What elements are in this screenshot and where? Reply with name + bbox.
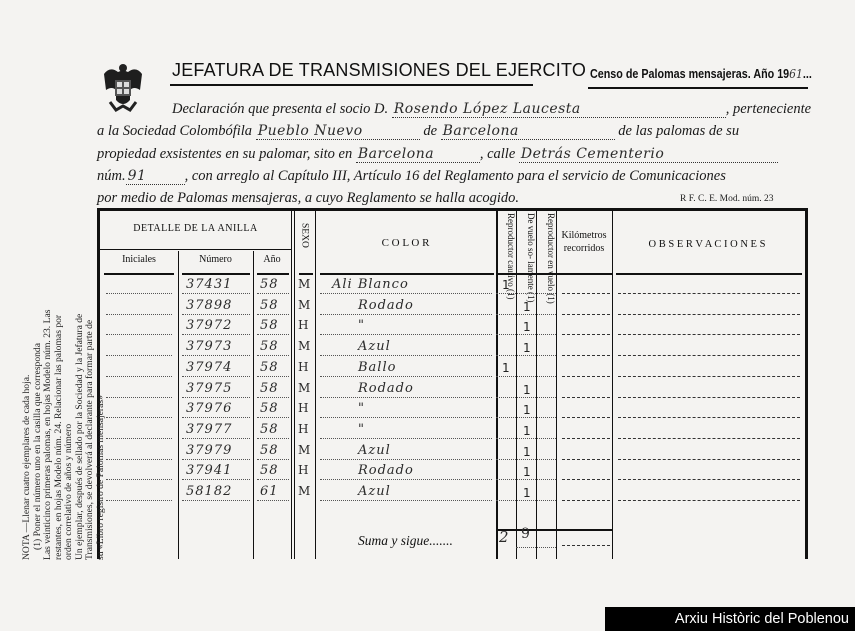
header-reproductor-cautivo: Reproductor cautivo (1) bbox=[497, 213, 515, 271]
header-de-vuelo: De vuelo so- lamente (1) bbox=[517, 213, 535, 271]
cell-anio[interactable]: 58 bbox=[260, 463, 279, 478]
declaration-line-3: propiedad exsistentes en su palomar, sit… bbox=[97, 146, 778, 163]
km-dashed-line bbox=[562, 293, 610, 294]
numero-dotted-line bbox=[182, 376, 250, 377]
cell-sexo[interactable]: H bbox=[298, 318, 309, 332]
page-title: JEFATURA DE TRANSMISIONES DEL EJERCITO bbox=[172, 60, 586, 81]
cell-de-vuelo[interactable]: 1 bbox=[523, 424, 531, 438]
km-dashed-line bbox=[562, 438, 610, 439]
cell-color[interactable]: Azul bbox=[358, 443, 391, 458]
suma-km-dash bbox=[562, 545, 610, 546]
anio-dotted-line bbox=[257, 479, 289, 480]
km-dashed-line bbox=[562, 479, 610, 480]
cell-anio[interactable]: 58 bbox=[260, 443, 279, 458]
cell-anio[interactable]: 58 bbox=[260, 298, 279, 313]
color-dotted-line bbox=[320, 438, 492, 439]
col-divider-iniciales bbox=[178, 251, 179, 559]
sociedad-field[interactable]: Pueblo Nuevo bbox=[256, 123, 420, 140]
obs-dashed-line bbox=[618, 500, 800, 501]
side-note: NOTA —Llenar cuatro ejemplares de cada h… bbox=[22, 215, 106, 560]
cell-numero[interactable]: 37973 bbox=[186, 339, 232, 354]
cell-numero[interactable]: 37974 bbox=[186, 360, 232, 375]
cell-color[interactable]: " bbox=[358, 318, 365, 333]
color-dotted-line bbox=[320, 334, 492, 335]
title-underline bbox=[170, 84, 533, 86]
iniciales-dotted-line bbox=[106, 293, 172, 294]
km-dashed-line bbox=[562, 314, 610, 315]
line1-suffix: , perteneciente bbox=[726, 101, 811, 117]
color-dotted-line bbox=[320, 500, 492, 501]
declaration-line-2: a la Sociedad Colombófila Pueblo Nuevo d… bbox=[97, 123, 739, 140]
iniciales-underline bbox=[104, 273, 174, 275]
cell-numero[interactable]: 37979 bbox=[186, 443, 232, 458]
numero-dotted-line bbox=[182, 500, 250, 501]
cell-reproductor-cautivo[interactable]: 1 bbox=[502, 361, 510, 375]
line2-prefix: a la Sociedad Colombófila bbox=[97, 123, 252, 139]
color-dotted-line bbox=[320, 479, 492, 480]
color-dotted-line bbox=[320, 314, 492, 315]
cell-sexo[interactable]: M bbox=[298, 277, 311, 291]
archive-watermark: Arxiu Històric del Poblenou bbox=[605, 607, 855, 631]
header-observaciones: O B S E R V A C I O N E S bbox=[612, 239, 802, 250]
suma-dotted bbox=[516, 547, 556, 548]
color-dotted-line bbox=[320, 397, 492, 398]
cell-color[interactable]: Ali Blanco bbox=[332, 277, 409, 292]
cell-color[interactable]: Rodado bbox=[358, 298, 414, 313]
cell-color[interactable]: " bbox=[358, 422, 365, 437]
anio-dotted-line bbox=[257, 438, 289, 439]
numero-dotted-line bbox=[182, 397, 250, 398]
anio-dotted-line bbox=[257, 376, 289, 377]
numero-field[interactable]: 91 bbox=[126, 168, 185, 185]
cell-sexo[interactable]: M bbox=[298, 339, 311, 353]
cell-sexo[interactable]: H bbox=[298, 360, 309, 374]
line4-prefix: núm. bbox=[97, 168, 126, 184]
cell-de-vuelo[interactable]: 1 bbox=[523, 341, 531, 355]
suma-vuelo: 9 bbox=[521, 526, 531, 542]
color-underline bbox=[320, 273, 494, 275]
declaration-line-5: por medio de Palomas mensajeras, a cuyo … bbox=[97, 190, 519, 207]
cell-color[interactable]: Azul bbox=[358, 339, 391, 354]
anio-dotted-line bbox=[257, 417, 289, 418]
header-color: C O L O R bbox=[315, 237, 496, 249]
cell-anio[interactable]: 58 bbox=[260, 360, 279, 375]
obs-dashed-line bbox=[618, 479, 800, 480]
col-divider-km bbox=[612, 211, 613, 559]
counts-dotted-line bbox=[496, 479, 556, 480]
note-line: su «Libro registro de Palomas mensajeras… bbox=[96, 215, 107, 560]
line3-prefix: propiedad exsistentes en su palomar, sit… bbox=[97, 146, 352, 162]
numero-dotted-line bbox=[182, 459, 250, 460]
counts-dotted-line bbox=[496, 417, 556, 418]
header-numero: Número bbox=[178, 254, 253, 265]
obs-dashed-line bbox=[618, 293, 800, 294]
note-line: orden correlativo de años y número bbox=[64, 215, 75, 560]
counts-dotted-line bbox=[496, 314, 556, 315]
iniciales-dotted-line bbox=[106, 500, 172, 501]
anio-dotted-line bbox=[257, 500, 289, 501]
cell-color[interactable]: Azul bbox=[358, 484, 391, 499]
iniciales-dotted-line bbox=[106, 397, 172, 398]
line2-mid: de bbox=[423, 123, 437, 139]
suma-label: Suma y sigue....... bbox=[358, 533, 453, 549]
header-iniciales: Iniciales bbox=[100, 254, 178, 265]
km-dashed-line bbox=[562, 334, 610, 335]
numero-dotted-line bbox=[182, 479, 250, 480]
counts-dotted-line bbox=[496, 376, 556, 377]
iniciales-dotted-line bbox=[106, 417, 172, 418]
cell-sexo[interactable]: M bbox=[298, 298, 311, 312]
cell-numero[interactable]: 37972 bbox=[186, 318, 232, 333]
numero-dotted-line bbox=[182, 417, 250, 418]
counts-dotted-line bbox=[496, 500, 556, 501]
cell-color[interactable]: Rodado bbox=[358, 381, 414, 396]
counts-dotted-line bbox=[496, 334, 556, 335]
counts-dotted-line bbox=[496, 293, 556, 294]
palomar-city-field[interactable]: Barcelona bbox=[356, 146, 480, 163]
cell-sexo[interactable]: H bbox=[298, 422, 309, 436]
cell-de-vuelo[interactable]: 1 bbox=[523, 403, 531, 417]
census-label-text: Censo de Palomas mensajeras. Año 19 bbox=[590, 67, 789, 81]
obs-dashed-line bbox=[618, 438, 800, 439]
obs-underline bbox=[616, 273, 802, 275]
anio-dotted-line bbox=[257, 355, 289, 356]
cell-de-vuelo[interactable]: 1 bbox=[523, 445, 531, 459]
cell-color[interactable]: Ballo bbox=[358, 360, 396, 375]
obs-dashed-line bbox=[618, 376, 800, 377]
anio-dotted-line bbox=[257, 314, 289, 315]
counts-dotted-line bbox=[496, 397, 556, 398]
declaration-line-4: núm.91, con arreglo al Capítulo III, Art… bbox=[97, 168, 726, 185]
cell-numero[interactable]: 37941 bbox=[186, 463, 232, 478]
line1-prefix: Declaración que presenta el socio D. bbox=[172, 101, 388, 117]
pigeon-register-table: DETALLE DE LA ANILLA Iniciales Número Añ… bbox=[97, 208, 808, 559]
cell-anio[interactable]: 58 bbox=[260, 422, 279, 437]
anio-dotted-line bbox=[257, 397, 289, 398]
cell-reproductor-cautivo[interactable]: 1 bbox=[502, 278, 510, 292]
cell-color[interactable]: " bbox=[358, 401, 365, 416]
counts-dotted-line bbox=[496, 355, 556, 356]
cell-sexo[interactable]: M bbox=[298, 381, 311, 395]
cell-anio[interactable]: 61 bbox=[260, 484, 279, 499]
header-kilometros: Kilómetros recorridos bbox=[556, 229, 612, 255]
suma-label-text: Suma y sigue bbox=[358, 533, 429, 548]
counts-dotted-line bbox=[496, 438, 556, 439]
km-dashed-line bbox=[562, 459, 610, 460]
km-dashed-line bbox=[562, 417, 610, 418]
header-sexo: SEXO bbox=[299, 223, 309, 248]
color-dotted-line bbox=[320, 417, 492, 418]
obs-dashed-line bbox=[618, 417, 800, 418]
iniciales-dotted-line bbox=[106, 459, 172, 460]
iniciales-dotted-line bbox=[106, 438, 172, 439]
coat-of-arms-icon bbox=[100, 60, 146, 114]
color-dotted-line bbox=[320, 459, 492, 460]
numero-underline bbox=[182, 273, 250, 275]
color-dotted-line bbox=[320, 293, 492, 294]
numero-dotted-line bbox=[182, 314, 250, 315]
census-dots: ... bbox=[803, 67, 812, 81]
anio-dotted-line bbox=[257, 459, 289, 460]
color-dotted-line bbox=[320, 355, 492, 356]
numero-dotted-line bbox=[182, 355, 250, 356]
anio-dotted-line bbox=[257, 334, 289, 335]
cell-numero[interactable]: 37976 bbox=[186, 401, 232, 416]
numero-dotted-line bbox=[182, 293, 250, 294]
line2-suffix: de las palomas de su bbox=[618, 123, 739, 139]
km-dashed-line bbox=[562, 376, 610, 377]
cell-numero[interactable]: 58182 bbox=[186, 484, 232, 499]
obs-dashed-line bbox=[618, 334, 800, 335]
header-anio: Año bbox=[253, 254, 291, 265]
cell-numero[interactable]: 37431 bbox=[186, 277, 232, 292]
cell-anio[interactable]: 58 bbox=[260, 339, 279, 354]
km-dashed-line bbox=[562, 500, 610, 501]
note-line: Las veinticinco primeras palomas, en hoj… bbox=[43, 215, 54, 560]
cell-anio[interactable]: 58 bbox=[260, 277, 279, 292]
cell-sexo[interactable]: M bbox=[298, 443, 311, 457]
note-line: Transmisiones, se devolverá al declarant… bbox=[85, 215, 96, 560]
form-reference: R F. C. E. Mod. núm. 23 bbox=[680, 194, 773, 204]
cell-de-vuelo[interactable]: 1 bbox=[523, 320, 531, 334]
col-divider-anio-double bbox=[294, 211, 295, 559]
iniciales-dotted-line bbox=[106, 479, 172, 480]
cell-de-vuelo[interactable]: 1 bbox=[523, 465, 531, 479]
header-detalle: DETALLE DE LA ANILLA bbox=[100, 223, 291, 234]
cell-de-vuelo[interactable]: 1 bbox=[523, 383, 531, 397]
socio-name-field[interactable]: Rosendo López Laucesta bbox=[392, 101, 726, 118]
obs-dashed-line bbox=[618, 355, 800, 356]
census-label: Censo de Palomas mensajeras. Año 1961... bbox=[590, 66, 812, 81]
detalle-underline bbox=[100, 249, 291, 250]
col-divider-anio bbox=[291, 211, 292, 559]
numero-dotted-line bbox=[182, 438, 250, 439]
obs-dashed-line bbox=[618, 459, 800, 460]
cell-sexo[interactable]: M bbox=[298, 484, 311, 498]
cell-de-vuelo[interactable]: 1 bbox=[523, 300, 531, 314]
cell-numero[interactable]: 37977 bbox=[186, 422, 232, 437]
cell-anio[interactable]: 58 bbox=[260, 401, 279, 416]
cell-sexo[interactable]: H bbox=[298, 463, 309, 477]
cell-numero[interactable]: 37975 bbox=[186, 381, 232, 396]
suma-top-rule bbox=[496, 529, 612, 531]
numero-dotted-line bbox=[182, 334, 250, 335]
line3-mid: , calle bbox=[480, 146, 515, 162]
km-dashed-line bbox=[562, 397, 610, 398]
obs-dashed-line bbox=[618, 314, 800, 315]
counts-dotted-line bbox=[496, 459, 556, 460]
iniciales-dotted-line bbox=[106, 376, 172, 377]
cell-de-vuelo[interactable]: 1 bbox=[523, 486, 531, 500]
declaration-line-1: Declaración que presenta el socio D. Ros… bbox=[172, 101, 811, 118]
iniciales-dotted-line bbox=[106, 314, 172, 315]
census-year: 61 bbox=[789, 66, 803, 81]
anio-underline bbox=[257, 273, 289, 275]
km-dashed-line bbox=[562, 355, 610, 356]
census-underline bbox=[588, 87, 808, 89]
note-line: NOTA —Llenar cuatro ejemplares de cada h… bbox=[22, 215, 33, 560]
cell-numero[interactable]: 37898 bbox=[186, 298, 232, 313]
obs-dashed-line bbox=[618, 397, 800, 398]
cell-sexo[interactable]: H bbox=[298, 401, 309, 415]
suma-cautivo: 2 bbox=[499, 528, 510, 546]
cell-color[interactable]: Rodado bbox=[358, 463, 414, 478]
calle-field[interactable]: Detrás Cementerio bbox=[519, 146, 778, 163]
cell-anio[interactable]: 58 bbox=[260, 381, 279, 396]
cell-anio[interactable]: 58 bbox=[260, 318, 279, 333]
sexo-underline bbox=[299, 273, 313, 275]
header-reproductor-vuelo: Reproductor en vuelo (1) bbox=[537, 213, 555, 271]
col-divider-sexo bbox=[315, 211, 316, 559]
anio-dotted-line bbox=[257, 293, 289, 294]
col-divider-repr-vuelo bbox=[556, 211, 557, 559]
iniciales-dotted-line bbox=[106, 355, 172, 356]
color-dotted-line bbox=[320, 376, 492, 377]
line4-suffix: , con arreglo al Capítulo III, Artículo … bbox=[185, 168, 726, 184]
iniciales-dotted-line bbox=[106, 334, 172, 335]
col-divider-numero bbox=[253, 251, 254, 559]
sociedad-city-field[interactable]: Barcelona bbox=[441, 123, 615, 140]
